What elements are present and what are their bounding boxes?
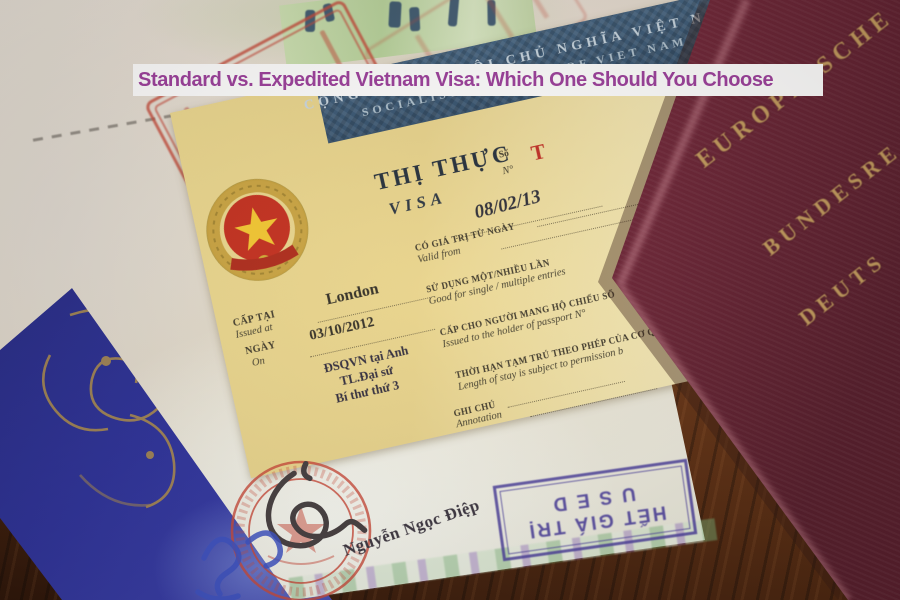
visa-number-label-vi: Số (498, 149, 510, 161)
article-title-banner: Standard vs. Expedited Vietnam Visa: Whi… (133, 64, 823, 96)
german-passport-line3: DEUTS (794, 247, 891, 331)
issue-date-label-en: On (251, 356, 266, 370)
vietnam-emblem-icon (192, 164, 323, 295)
ink-glyph-mark (388, 1, 401, 28)
visa-number-label-en: N° (501, 164, 514, 177)
blue-ink-scribble (192, 512, 307, 600)
article-title: Standard vs. Expedited Vietnam Visa: Whi… (138, 69, 773, 92)
visa-title-en: VISA (387, 187, 449, 219)
issue-date-label-vi: NGÀY (244, 340, 277, 357)
visa-number-value: T (529, 139, 548, 166)
photo-canvas: 05.02 VIETNAM-IMMIGRATION CỘNG HÒA XÃ HỘ… (0, 0, 900, 600)
german-passport-line2: BUNDESRE (758, 137, 900, 261)
